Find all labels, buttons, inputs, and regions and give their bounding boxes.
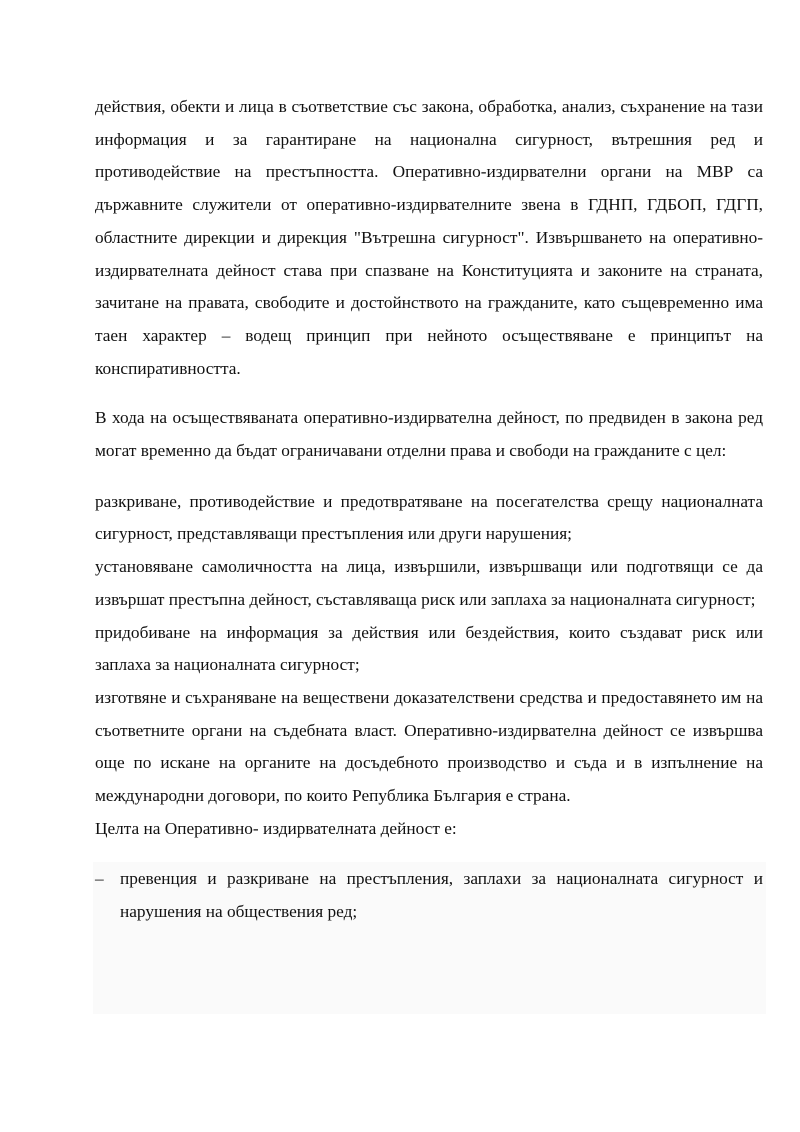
- document-page: действия, обекти и лица в съответствие с…: [95, 91, 763, 929]
- paragraph-intro: действия, обекти и лица в съответствие с…: [95, 91, 763, 385]
- goals-list: разкриване, противодействие и предотврат…: [95, 486, 763, 813]
- dash-bullet-icon: –: [95, 863, 104, 896]
- purpose-heading: Целта на Оперативно- издирвателната дейн…: [95, 813, 763, 846]
- paragraph-restrictions: В хода на осъществяваната оперативно-изд…: [95, 402, 763, 467]
- purpose-item-text: превенция и разкриване на престъпления, …: [120, 869, 763, 921]
- goal-item: разкриване, противодействие и предотврат…: [95, 486, 763, 551]
- goal-item: изготвяне и съхраняване на веществени до…: [95, 682, 763, 813]
- purpose-list-item: – превенция и разкриване на престъпления…: [95, 863, 763, 928]
- goal-item: установяване самоличността на лица, извъ…: [95, 551, 763, 616]
- goal-item: придобиване на информация за действия ил…: [95, 617, 763, 682]
